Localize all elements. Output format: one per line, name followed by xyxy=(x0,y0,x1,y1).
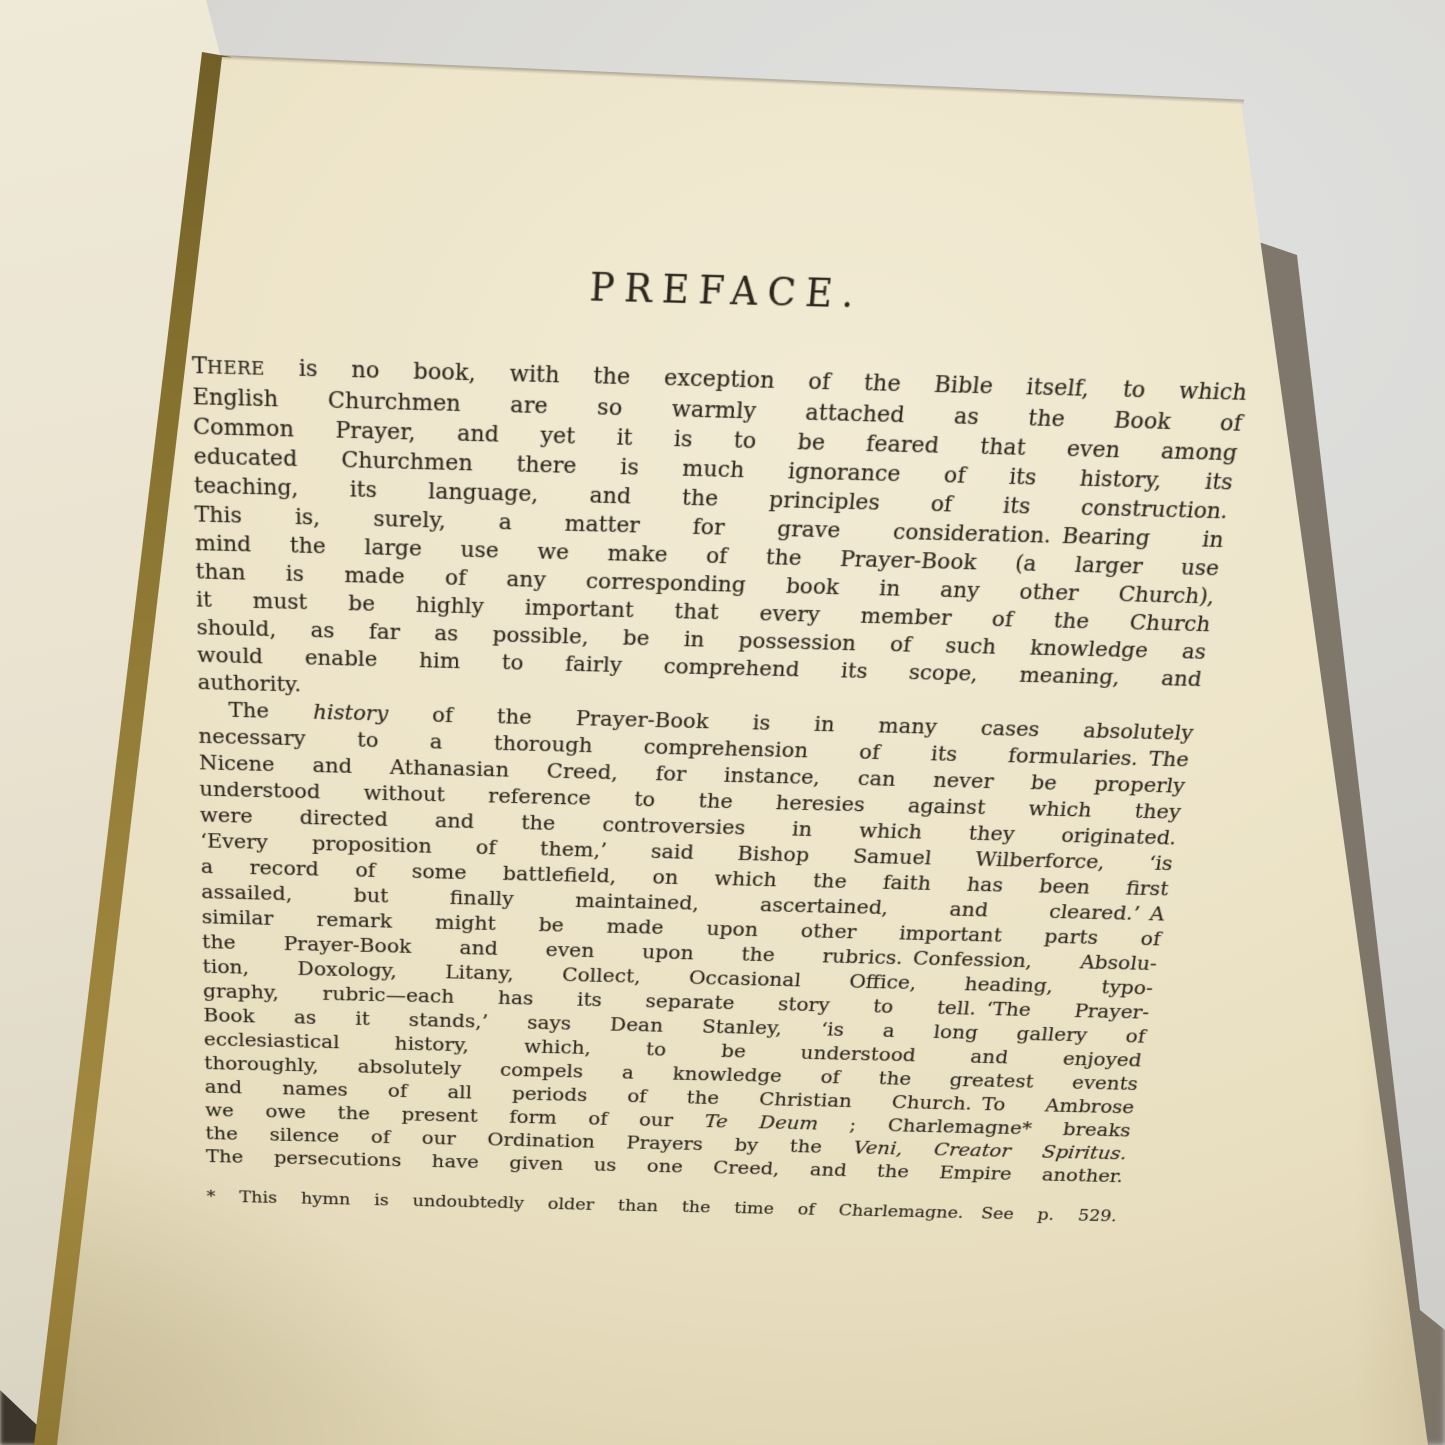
printed-text-block: PREFACE. THERE is no book, with the exce… xyxy=(190,254,1264,1224)
paragraph-1: THERE is no book, with the exception of … xyxy=(192,351,1249,721)
book-photo: PREFACE. THERE is no book, with the exce… xyxy=(0,0,1445,1445)
paragraph-2: The history of the Prayer-Book is in man… xyxy=(198,696,1195,1188)
